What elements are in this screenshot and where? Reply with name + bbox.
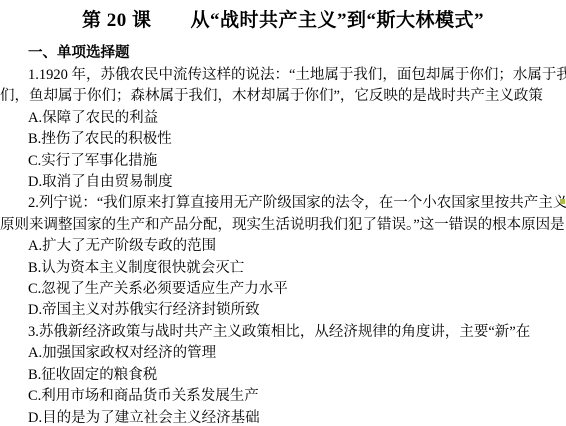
question-3: 3.苏俄新经济政策与战时共产主义政策相比，从经济规律的角度讲，主要“新”在 A.…: [0, 322, 566, 426]
option-line-b: B.认为资本主义制度很快就会灭亡: [0, 258, 566, 279]
option-line-d: D.目的是为了建立社会主义经济基础: [0, 408, 566, 426]
option-line-d: D.取消了自由贸易制度: [0, 172, 566, 193]
document-page: 第 20 课 从“战时共产主义”到“斯大林模式” 一、单项选择题 1.1920 …: [0, 0, 566, 426]
option-line-c: C.忽视了生产关系必须要适应生产力水平: [0, 279, 566, 300]
page-title: 第 20 课 从“战时共产主义”到“斯大林模式”: [0, 0, 566, 33]
option-line-d: D.帝国主义对苏俄实行经济封锁所致: [0, 300, 566, 321]
question-stem-line: 3.苏俄新经济政策与战时共产主义政策相比，从经济规律的角度讲，主要“新”在: [0, 322, 566, 343]
option-line-a: A.扩大了无产阶级专政的范围: [0, 236, 566, 257]
question-stem-line-continuation: 们，鱼却属于你们；森林属于我们，木材却属于你们”，它反映的是战时共产主义政策: [0, 86, 566, 107]
question-2: 2.列宁说：“我们原来打算直接用无产阶级国家的法令，在一个小农国家里按共产主义 …: [0, 193, 566, 321]
question-stem-line: 1.1920 年，苏俄农民中流传这样的说法：“土地属于我们，面包却属于你们；水属…: [0, 65, 566, 86]
section-heading: 一、单项选择题: [28, 44, 566, 62]
option-line-b: B.挫伤了农民的积极性: [0, 129, 566, 150]
option-line-c: C.实行了军事化措施: [0, 151, 566, 172]
question-1: 1.1920 年，苏俄农民中流传这样的说法：“土地属于我们，面包却属于你们；水属…: [0, 65, 566, 193]
highlight-artifact: [560, 199, 565, 204]
question-list: 1.1920 年，苏俄农民中流传这样的说法：“土地属于我们，面包却属于你们；水属…: [0, 65, 566, 426]
option-line-a: A.保障了农民的利益: [0, 108, 566, 129]
option-line-a: A.加强国家政权对经济的管理: [0, 343, 566, 364]
question-stem-line-continuation: 原则来调整国家的生产和产品分配，现实生活说明我们犯了错误。”这一错误的根本原因是: [0, 215, 566, 236]
option-line-b: B.征收固定的粮食税: [0, 365, 566, 386]
option-line-c: C.利用市场和商品货币关系发展生产: [0, 386, 566, 407]
question-stem-line: 2.列宁说：“我们原来打算直接用无产阶级国家的法令，在一个小农国家里按共产主义: [0, 193, 566, 214]
